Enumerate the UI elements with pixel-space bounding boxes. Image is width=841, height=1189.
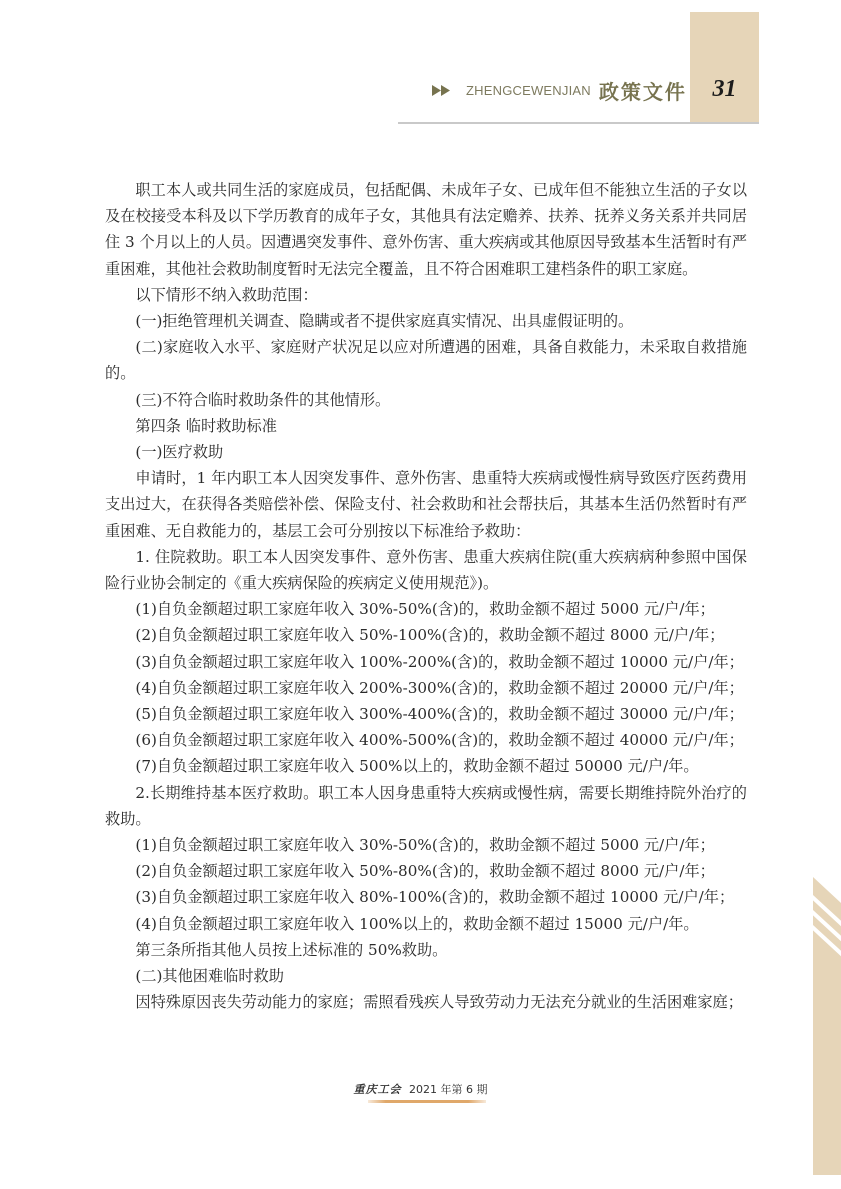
list-item: (2)自负金额超过职工家庭年收入 50%-100%(含)的，救助金额不超过 80… (105, 622, 747, 648)
list-item: (4)自负金额超过职工家庭年收入 100%以上的，救助金额不超过 15000 元… (105, 911, 747, 937)
paragraph: 以下情形不纳入救助范围： (105, 282, 747, 308)
list-item: (7)自负金额超过职工家庭年收入 500%以上的，救助金额不超过 50000 元… (105, 753, 747, 779)
section-title-en: ZHENGCEWENJIAN (466, 83, 591, 98)
page-number-tab (690, 12, 759, 123)
article-body: 职工本人或共同生活的家庭成员，包括配偶、未成年子女、已成年但不能独立生活的子女以… (105, 177, 747, 1016)
magazine-name: 重庆工会 (354, 1083, 402, 1096)
list-item: (1)自负金额超过职工家庭年收入 30%-50%(含)的，救助金额不超过 500… (105, 596, 747, 622)
list-item: (1)自负金额超过职工家庭年收入 30%-50%(含)的，救助金额不超过 500… (105, 832, 747, 858)
paragraph: (三)不符合临时救助条件的其他情形。 (105, 387, 747, 413)
double-arrow-right-icon (432, 85, 452, 96)
list-item: (2)自负金额超过职工家庭年收入 50%-80%(含)的，救助金额不超过 800… (105, 858, 747, 884)
list-item: (3)自负金额超过职工家庭年收入 80%-100%(含)的，救助金额不超过 10… (105, 884, 747, 910)
paragraph: (一)拒绝管理机关调查、隐瞒或者不提供家庭真实情况、出具虚假证明的。 (105, 308, 747, 334)
paragraph: 2.长期维持基本医疗救助。职工本人因身患重特大疾病或慢性病，需要长期维持院外治疗… (105, 780, 747, 832)
decorative-side-strip (813, 877, 841, 1175)
paragraph: 1. 住院救助。职工本人因突发事件、意外伤害、患重大疾病住院(重大疾病病种参照中… (105, 544, 747, 596)
list-item: (4)自负金额超过职工家庭年收入 200%-300%(含)的，救助金额不超过 2… (105, 675, 747, 701)
section-title-zh: 政策文件 (599, 76, 687, 105)
header-divider (398, 122, 759, 124)
subsection-heading: (一)医疗救助 (105, 439, 747, 465)
paragraph: 申请时，1 年内职工本人因突发事件、意外伤害、患重特大疾病或慢性病导致医疗医药费… (105, 465, 747, 544)
section-header: ZHENGCEWENJIAN 政策文件 (432, 76, 687, 104)
article-heading: 第四条 临时救助标准 (105, 413, 747, 439)
list-item: (3)自负金额超过职工家庭年收入 100%-200%(含)的，救助金额不超过 1… (105, 649, 747, 675)
paragraph: (二)家庭收入水平、家庭财产状况足以应对所遭遇的困难，具备自救能力，未采取自救措… (105, 334, 747, 386)
list-item: (6)自负金额超过职工家庭年收入 400%-500%(含)的，救助金额不超过 4… (105, 727, 747, 753)
subsection-heading: (二)其他困难临时救助 (105, 963, 747, 989)
paragraph: 因特殊原因丧失劳动能力的家庭；需照看残疾人导致劳动力无法充分就业的生活困难家庭； (105, 989, 747, 1015)
footer-underline (368, 1100, 486, 1103)
list-item: (5)自负金额超过职工家庭年收入 300%-400%(含)的，救助金额不超过 3… (105, 701, 747, 727)
page-number: 31 (690, 74, 759, 104)
paragraph: 第三条所指其他人员按上述标准的 50%救助。 (105, 937, 747, 963)
issue-label: 2021 年第 6 期 (409, 1083, 487, 1096)
paragraph: 职工本人或共同生活的家庭成员，包括配偶、未成年子女、已成年但不能独立生活的子女以… (105, 177, 747, 282)
page-footer: 重庆工会 2021 年第 6 期 (0, 1081, 841, 1097)
